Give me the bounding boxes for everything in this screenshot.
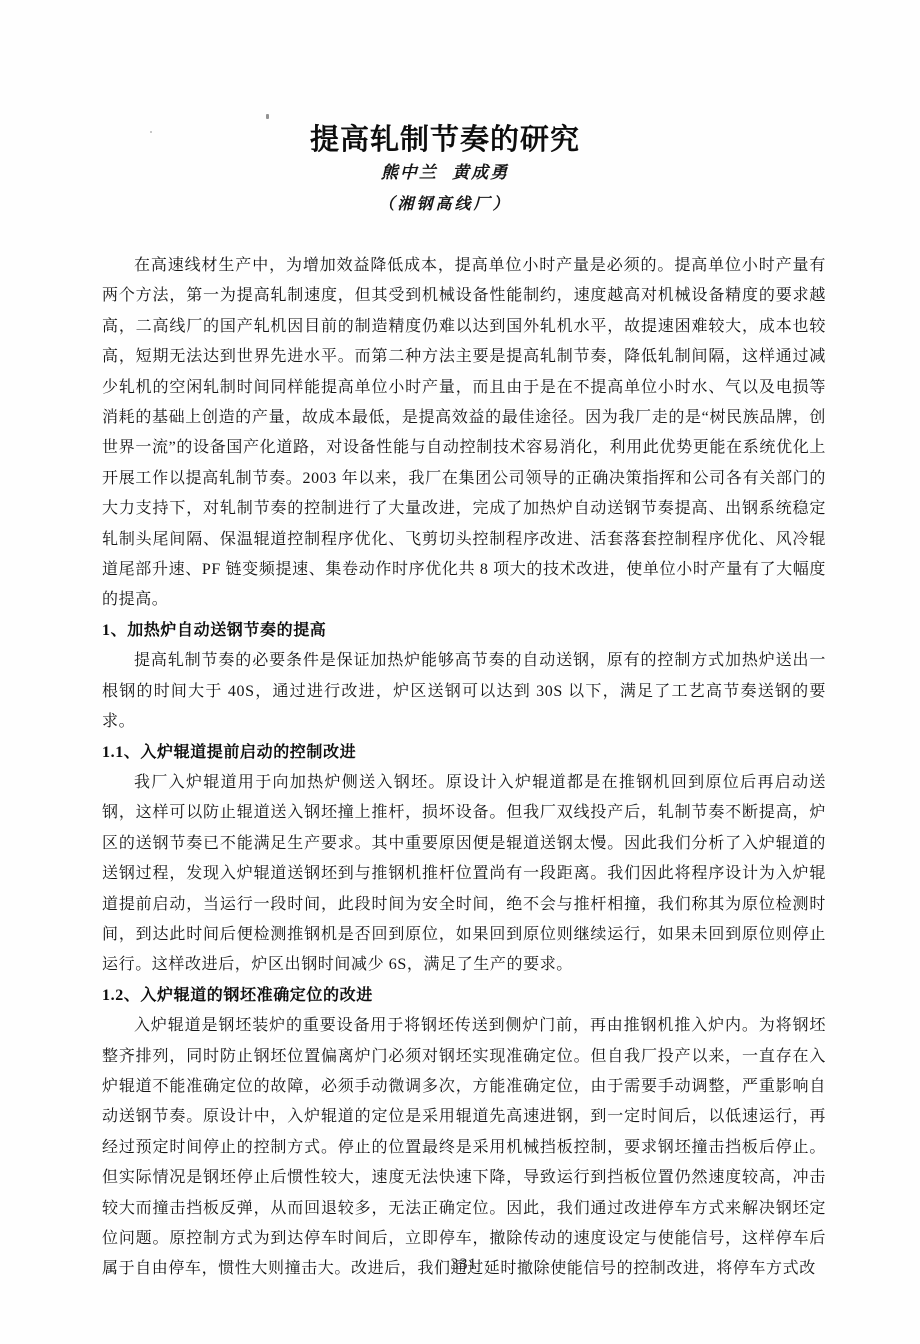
page-number: 331	[102, 1256, 826, 1274]
section-1-1-paragraph: 我厂入炉辊道用于向加热炉侧送入钢坯。原设计入炉辊道都是在推钢机回到原位后再启动送…	[102, 768, 826, 981]
section-1-2-heading: 1.2、入炉辊道的钢坯准确定位的改进	[102, 981, 826, 1011]
scanned-paper-page: 提高轧制节奏的研究 熊中兰 黄成勇 （湘钢高线厂） 在高速线材生产中，为增加效益…	[0, 0, 920, 1344]
intro-paragraph: 在高速线材生产中，为增加效益降低成本，提高单位小时产量是必须的。提高单位小时产量…	[102, 251, 826, 616]
section-1-heading: 1、加热炉自动送钢节奏的提高	[102, 616, 826, 646]
affiliation-line: （湘钢高线厂）	[100, 191, 790, 214]
section-1-1-heading: 1.1、入炉辊道提前启动的控制改进	[102, 738, 826, 768]
authors-line: 熊中兰 黄成勇	[100, 158, 790, 183]
section-1-paragraph: 提高轧制节奏的必要条件是保证加热炉能够高节奏的自动送钢，原有的控制方式加热炉送出…	[102, 646, 826, 737]
section-1-2-paragraph: 入炉辊道是钢坯装炉的重要设备用于将钢坯传送到侧炉门前，再由推钢机推入炉内。为将钢…	[102, 1011, 826, 1285]
page-title: 提高轧制节奏的研究	[100, 117, 790, 158]
doc-body: 在高速线材生产中，为增加效益降低成本，提高单位小时产量是必须的。提高单位小时产量…	[102, 251, 826, 1285]
